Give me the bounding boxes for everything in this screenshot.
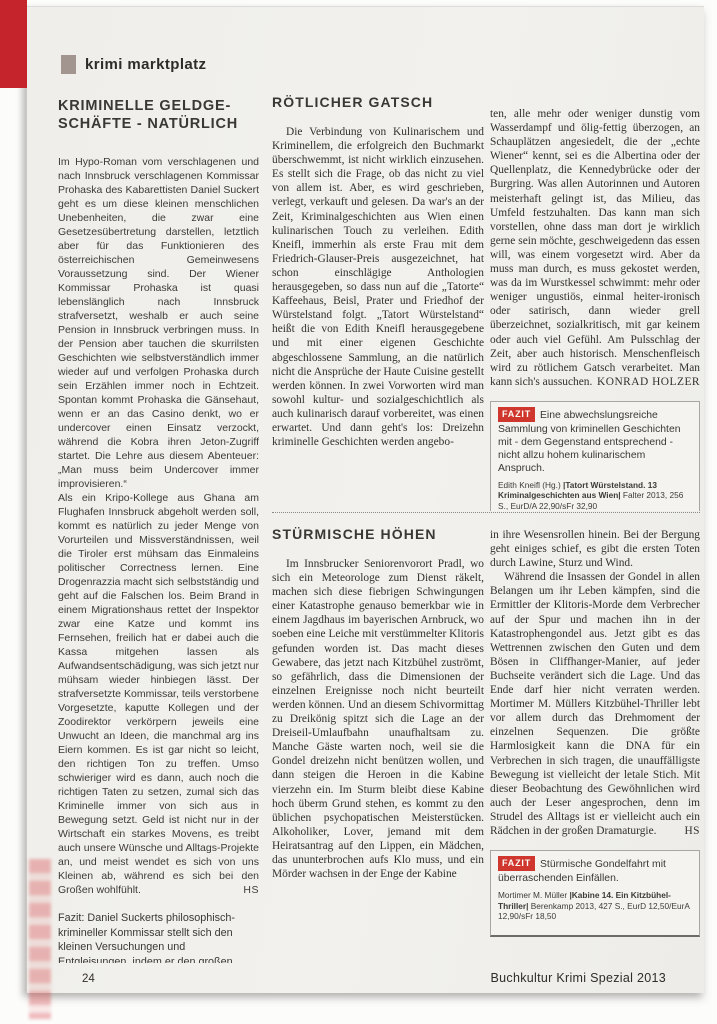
article1-paragraph-2: Als ein Kripo-Kollege aus Ghana am Flugh… — [58, 491, 259, 897]
section-label: krimi marktplatz — [85, 56, 206, 73]
article2-column1-text: Die Verbindung von Kulinarischem und Kri… — [272, 125, 484, 449]
article3-column1-text: Im Innsbrucker Seniorenvorort Pradl, wo … — [272, 557, 484, 881]
article-roetlicher-gatsch-col1: RÖTLICHER GATSCH Die Verbindung von Kuli… — [272, 94, 484, 514]
credit-author: Edith Kneifl (Hg.) — [498, 480, 563, 490]
article1-headline: KRIMINELLE GELDGE- SCHÄFTE - NATÜRLICH — [58, 97, 259, 133]
section-marker-square — [61, 55, 76, 74]
credit-author: Mortimer M. Müller — [498, 890, 569, 900]
article2-book-credit: Edith Kneifl (Hg.) |Tatort Würstelstand.… — [498, 480, 692, 511]
article2-author: KONRAD HOLZER — [597, 375, 700, 389]
article2-fazit-line: FAZITEine abwechslungsreiche Sammlung vo… — [498, 408, 692, 475]
magazine-page: krimi marktplatz KRIMINELLE GELDGE- SCHÄ… — [26, 6, 704, 993]
article3-fazit-box: FAZITStürmische Gondelfahrt mit überrasc… — [490, 850, 700, 937]
article1-body-text: Als ein Kripo-Kollege aus Ghana am Flugh… — [58, 492, 259, 896]
article3-body-text: Während die Insassen der Gondel in allen… — [490, 571, 700, 837]
ink-bleed-mark — [29, 859, 51, 1019]
section-divider — [272, 512, 700, 513]
article2-fazit-box: FAZITEine abwechslungsreiche Sammlung vo… — [490, 401, 700, 511]
article3-column2-text-b: Während die Insassen der Gondel in allen… — [490, 570, 700, 838]
article-stuermische-hoehen-col2: in ihre Wesensrollen hinein. Bei der Ber… — [490, 528, 700, 963]
page-number: 24 — [82, 973, 95, 985]
article-roetlicher-gatsch-col2: ten, alle mehr oder weniger dunstig vom … — [490, 107, 700, 511]
fazit-badge: FAZIT — [498, 856, 535, 871]
article1-paragraph-1: Im Hypo-Roman vom verschlagenen und nach… — [58, 155, 259, 491]
section-header: krimi marktplatz — [61, 55, 206, 74]
article2-headline: RÖTLICHER GATSCH — [272, 94, 484, 111]
footer-issue-title: Buchkultur Krimi Spezial 2013 — [491, 971, 666, 985]
article1-author-initials: HS — [243, 883, 259, 897]
article3-headline: STÜRMISCHE HÖHEN — [272, 526, 484, 543]
print-bleed-corner — [0, 0, 27, 88]
article1-fazit: Fazit: Daniel Suckerts philosophisch-kri… — [58, 911, 259, 963]
article-stuermische-hoehen-col1: STÜRMISCHE HÖHEN Im Innsbrucker Senioren… — [272, 526, 484, 963]
article3-column2-text-a: in ihre Wesensrollen hinein. Bei der Ber… — [490, 528, 700, 570]
article-kriminelle-geldgeschaefte: KRIMINELLE GELDGE- SCHÄFTE - NATÜRLICH I… — [58, 97, 259, 963]
article3-fazit-line: FAZITStürmische Gondelfahrt mit überrasc… — [498, 857, 692, 885]
article2-column2-text: ten, alle mehr oder weniger dunstig vom … — [490, 107, 700, 389]
article2-body-text: ten, alle mehr oder weniger dunstig vom … — [490, 108, 700, 388]
article3-author-initials: HS — [670, 824, 700, 838]
article3-book-credit: Mortimer M. Müller |Kabine 14. Ein Kitzb… — [498, 890, 692, 922]
fazit-badge: FAZIT — [498, 407, 535, 422]
